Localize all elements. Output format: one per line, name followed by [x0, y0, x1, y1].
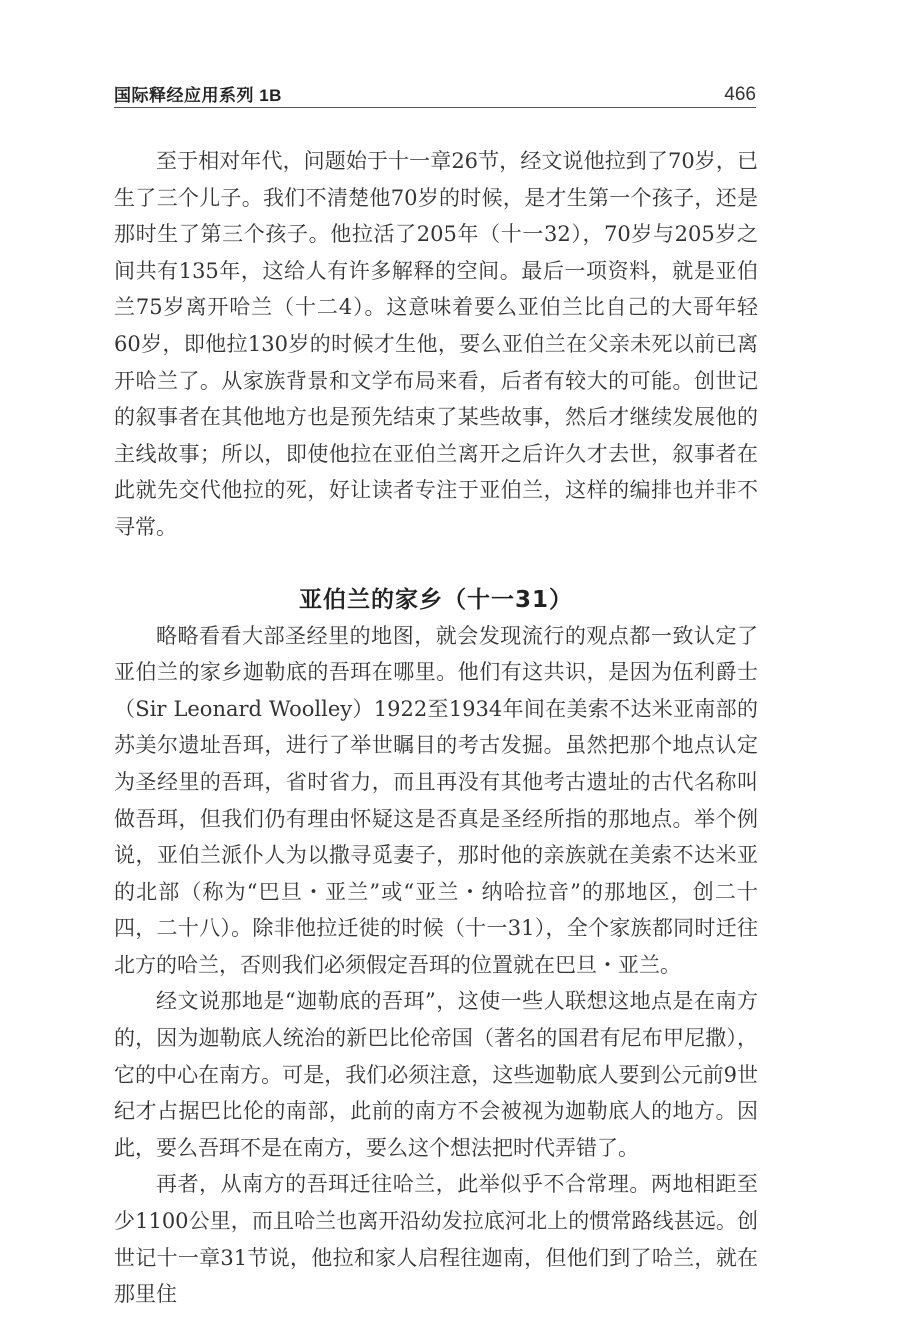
header-rule	[114, 107, 756, 108]
section-spacer	[114, 546, 758, 564]
series-title: 国际释经应用系列 1B	[114, 81, 282, 106]
paragraph-distance: 再者，从南方的吾珥迁往哈兰，此举似乎不合常理。两地相距至少1100公里，而且哈兰…	[114, 1166, 758, 1312]
paragraph-chaldeans: 经文说那地是“迦勒底的吾珥”，这使一些人联想这地点是在南方的，因为迦勒底人统治的…	[114, 983, 758, 1166]
page-number: 466	[724, 84, 756, 106]
section-heading: 亚伯兰的家乡（十一31）	[114, 582, 758, 618]
paragraph-relative-chronology: 至于相对年代，问题始于十一章26节，经文说他拉到了70岁，已生了三个儿子。我们不…	[114, 143, 758, 546]
page-body: 至于相对年代，问题始于十一章26节，经文说他拉到了70岁，已生了三个儿子。我们不…	[114, 143, 758, 1313]
paragraph-ur-location: 略略看看大部圣经里的地图，就会发现流行的观点都一致认定了亚伯兰的家乡迦勒底的吾珥…	[114, 618, 758, 984]
running-header: 国际释经应用系列 1B 466	[114, 80, 756, 106]
